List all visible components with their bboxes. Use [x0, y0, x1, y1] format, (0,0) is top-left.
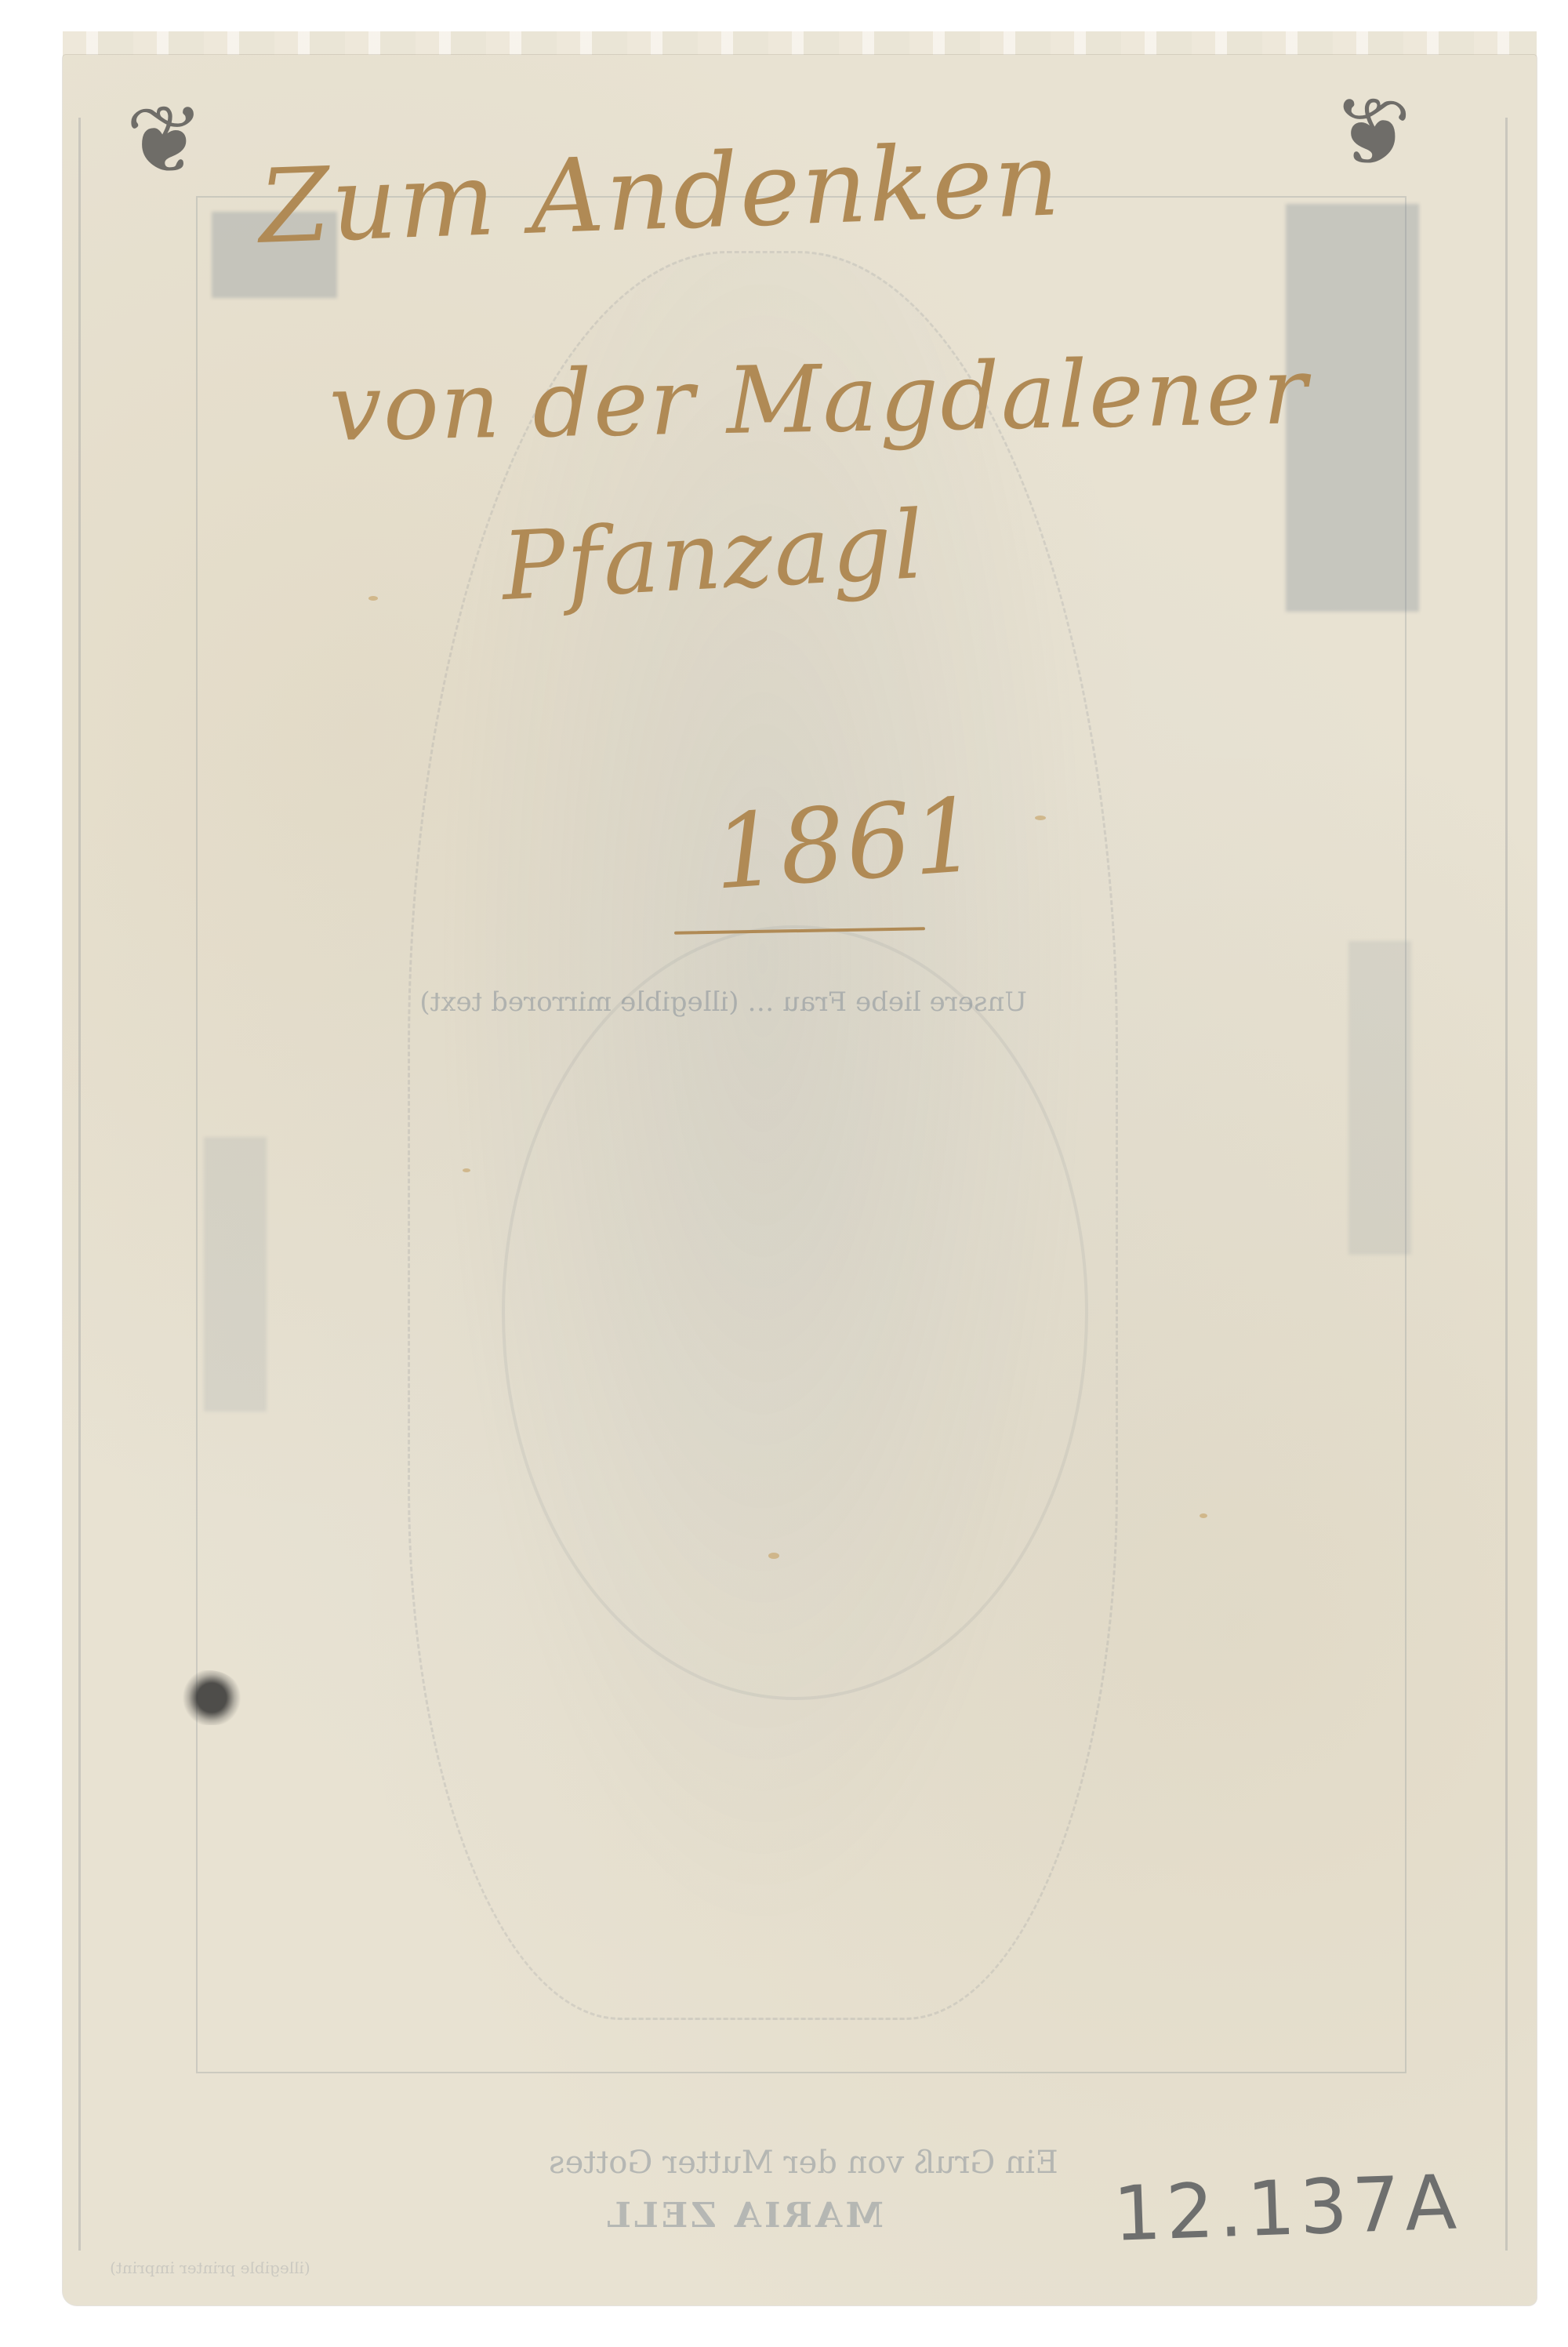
inscription-line-2: von der Magdalener [328, 336, 1309, 462]
inscription-line-3: Pfanzagl [499, 491, 927, 622]
show-through-block [204, 1137, 267, 1411]
mirrored-caption-line1: Ein Gruß von der Mutter Gottes [549, 2145, 1058, 2181]
paper-fleck [1200, 1513, 1207, 1518]
show-through-block [1348, 941, 1411, 1255]
corner-ornament-icon: ❦ [1333, 86, 1412, 180]
corner-ornament-icon: ❦ [125, 94, 205, 188]
pencil-catalog-number: 12.137A [1112, 2158, 1462, 2258]
paper-fleck [463, 1168, 470, 1172]
paper-fleck [368, 596, 378, 601]
left-edge-rule [78, 118, 81, 2251]
right-edge-rule [1505, 118, 1508, 2251]
paper-fleck [768, 1553, 779, 1559]
mirrored-imprint: (illegible printer imprint) [110, 2258, 310, 2277]
inscription-year: 1861 [710, 775, 983, 912]
oval-medallion-show-through [502, 925, 1088, 1700]
paper-fleck [1035, 816, 1046, 820]
mirrored-body-text: Unsere liebe Frau … (illegible mirrored … [541, 980, 1027, 1024]
mirrored-caption-line2: MARIA ZELL [604, 2196, 884, 2236]
